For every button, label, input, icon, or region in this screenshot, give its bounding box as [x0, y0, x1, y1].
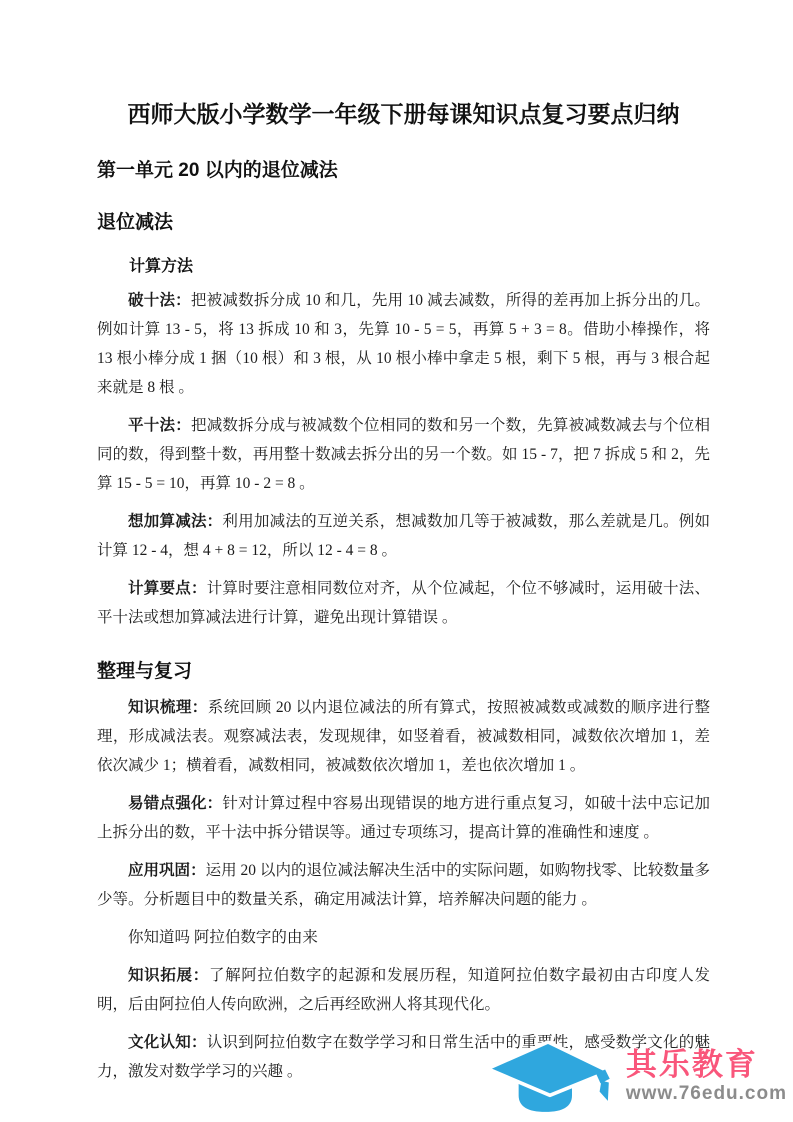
- section-heading-borrow-subtraction: 退位减法: [97, 210, 710, 235]
- paragraph-lead: 知识梳理：: [128, 699, 208, 716]
- graduation-cap-icon: [480, 1034, 618, 1118]
- paragraph-knowledge-expansion: 知识拓展：了解阿拉伯数字的起源和发展历程，知道阿拉伯数字最初由古印度人发明，后由…: [97, 961, 710, 1019]
- brand-website: www.76edu.com: [626, 1083, 787, 1105]
- paragraph-think-addition-method: 想加算减法：利用加减法的互逆关系，想减数加几等于被减数，那么差就是几。例如计算 …: [97, 507, 710, 565]
- paragraph-lead: 应用巩固：: [128, 862, 206, 879]
- document-title: 西师大版小学数学一年级下册每课知识点复习要点归纳: [97, 98, 710, 130]
- paragraph-lead: 平十法：: [128, 417, 191, 434]
- brand-name: 其乐教育: [626, 1047, 758, 1083]
- paragraph-text: 你知道吗 阿拉伯数字的由来: [128, 929, 318, 946]
- section-heading-review: 整理与复习: [97, 659, 710, 684]
- document-page: 西师大版小学数学一年级下册每课知识点复习要点归纳 第一单元 20 以内的退位减法…: [0, 0, 793, 1122]
- paragraph-lead: 想加算减法：: [128, 513, 222, 530]
- brand-logo: 其乐教育 www.76edu.com: [480, 1034, 787, 1118]
- paragraph-break-ten-method: 破十法：把被减数拆分成 10 和几，先用 10 减去减数，所得的差再加上拆分出的…: [97, 286, 710, 402]
- sub-heading-calculation-methods: 计算方法: [97, 256, 710, 277]
- brand-text-block: 其乐教育 www.76edu.com: [626, 1047, 787, 1105]
- paragraph-did-you-know: 你知道吗 阿拉伯数字的由来: [97, 923, 710, 952]
- paragraph-application-consolidation: 应用巩固：运用 20 以内的退位减法解决生活中的实际问题，如购物找零、比较数量多…: [97, 856, 710, 914]
- paragraph-lead: 文化认知：: [128, 1034, 207, 1051]
- paragraph-calculation-keypoints: 计算要点：计算时要注意相同数位对齐，从个位减起，个位不够减时，运用破十法、平十法…: [97, 574, 710, 632]
- unit-heading: 第一单元 20 以内的退位减法: [97, 158, 710, 183]
- paragraph-lead: 知识拓展：: [128, 967, 209, 984]
- paragraph-lead: 易错点强化：: [128, 795, 222, 812]
- paragraph-knowledge-review: 知识梳理：系统回顾 20 以内退位减法的所有算式，按照被减数或减数的顺序进行整理…: [97, 693, 710, 780]
- paragraph-lead: 破十法：: [128, 292, 191, 309]
- paragraph-lead: 计算要点：: [128, 580, 207, 597]
- paragraph-level-ten-method: 平十法：把减数拆分成与被减数个位相同的数和另一个数，先算被减数减去与个位相同的数…: [97, 411, 710, 498]
- paragraph-error-reinforcement: 易错点强化：针对计算过程中容易出现错误的地方进行重点复习，如破十法中忘记加上拆分…: [97, 789, 710, 847]
